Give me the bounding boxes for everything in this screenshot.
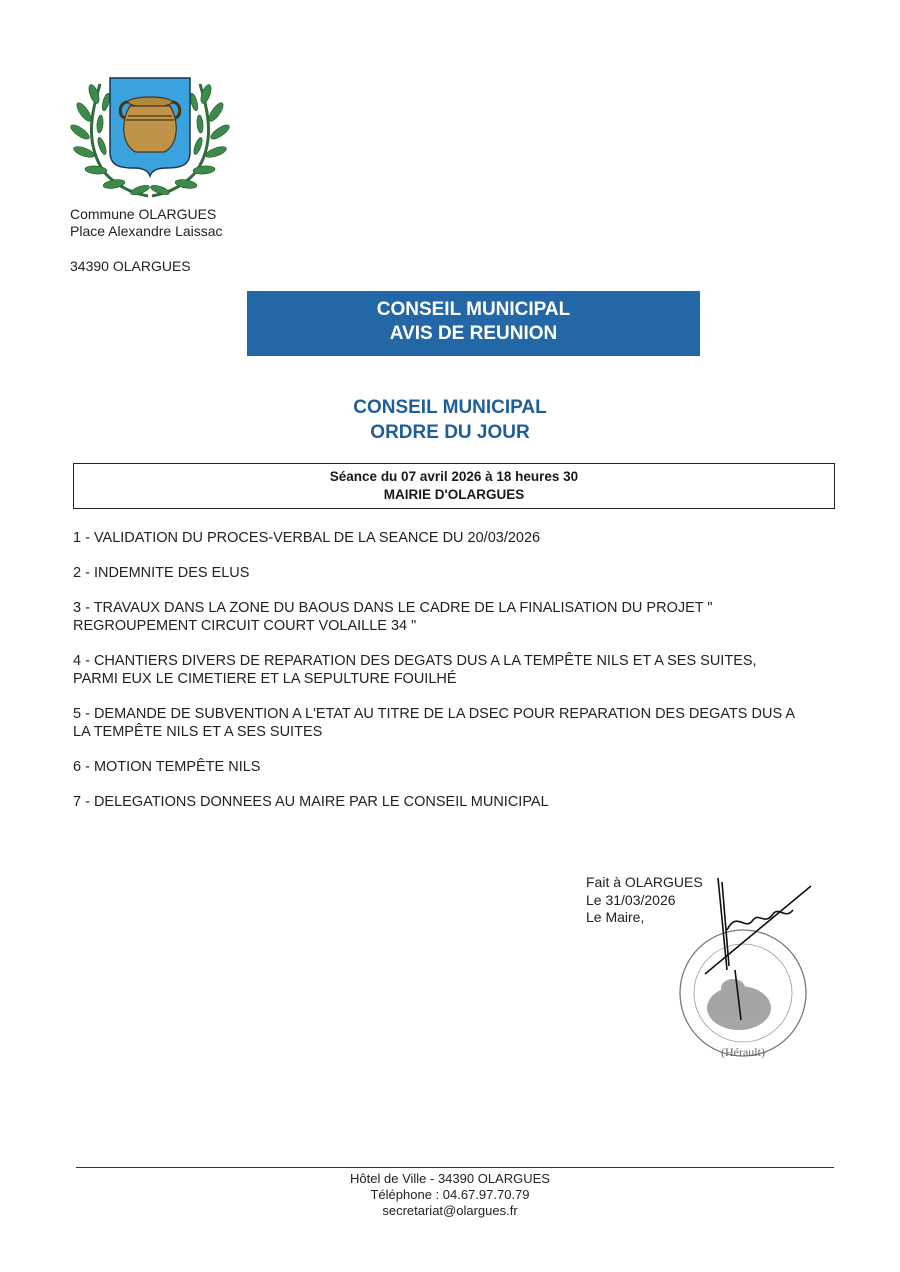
commune-address: Commune OLARGUES Place Alexandre Laissac bbox=[70, 206, 223, 240]
address-line-street: Place Alexandre Laissac bbox=[70, 223, 223, 240]
banner-line-2: AVIS DE REUNION bbox=[247, 322, 700, 346]
commune-coat-of-arms-icon bbox=[70, 72, 230, 200]
footer: Hôtel de Ville - 34390 OLARGUES Téléphon… bbox=[0, 1171, 900, 1219]
banner-line-1: CONSEIL MUNICIPAL bbox=[247, 298, 700, 322]
address-line-commune: Commune OLARGUES bbox=[70, 206, 223, 223]
agenda-item: 2 - INDEMNITE DES ELUS bbox=[73, 564, 853, 582]
address-postal: 34390 OLARGUES bbox=[70, 258, 191, 275]
agenda-item: 1 - VALIDATION DU PROCES-VERBAL DE LA SE… bbox=[73, 529, 853, 547]
agenda-heading-line-1: CONSEIL MUNICIPAL bbox=[0, 395, 900, 420]
footer-phone: Téléphone : 04.67.97.70.79 bbox=[0, 1187, 900, 1203]
agenda-heading: CONSEIL MUNICIPAL ORDRE DU JOUR bbox=[0, 395, 900, 445]
agenda-item: 7 - DELEGATIONS DONNEES AU MAIRE PAR LE … bbox=[73, 793, 853, 811]
session-location: MAIRIE D'OLARGUES bbox=[74, 486, 834, 504]
footer-address: Hôtel de Ville - 34390 OLARGUES bbox=[0, 1171, 900, 1187]
agenda-item: 3 - TRAVAUX DANS LA ZONE DU BAOUS DANS L… bbox=[73, 599, 853, 635]
agenda-item: 4 - CHANTIERS DIVERS DE REPARATION DES D… bbox=[73, 652, 853, 688]
agenda-heading-line-2: ORDRE DU JOUR bbox=[0, 420, 900, 445]
commune-logo bbox=[70, 72, 230, 200]
agenda-item: 6 - MOTION TEMPÊTE NILS bbox=[73, 758, 853, 776]
mairie-stamp: (Hérault) bbox=[675, 870, 820, 1065]
footer-email: secretariat@olargues.fr bbox=[0, 1203, 900, 1219]
session-box: Séance du 07 avril 2026 à 18 heures 30 M… bbox=[73, 463, 835, 509]
stamp-text: (Hérault) bbox=[721, 1045, 765, 1059]
footer-divider bbox=[76, 1167, 834, 1168]
agenda-item: 5 - DEMANDE DE SUBVENTION A L'ETAT AU TI… bbox=[73, 705, 853, 741]
agenda-list: 1 - VALIDATION DU PROCES-VERBAL DE LA SE… bbox=[73, 529, 853, 828]
title-banner: CONSEIL MUNICIPAL AVIS DE REUNION bbox=[247, 291, 700, 356]
mairie-stamp-icon: (Hérault) bbox=[675, 870, 820, 1065]
session-date: Séance du 07 avril 2026 à 18 heures 30 bbox=[74, 468, 834, 486]
